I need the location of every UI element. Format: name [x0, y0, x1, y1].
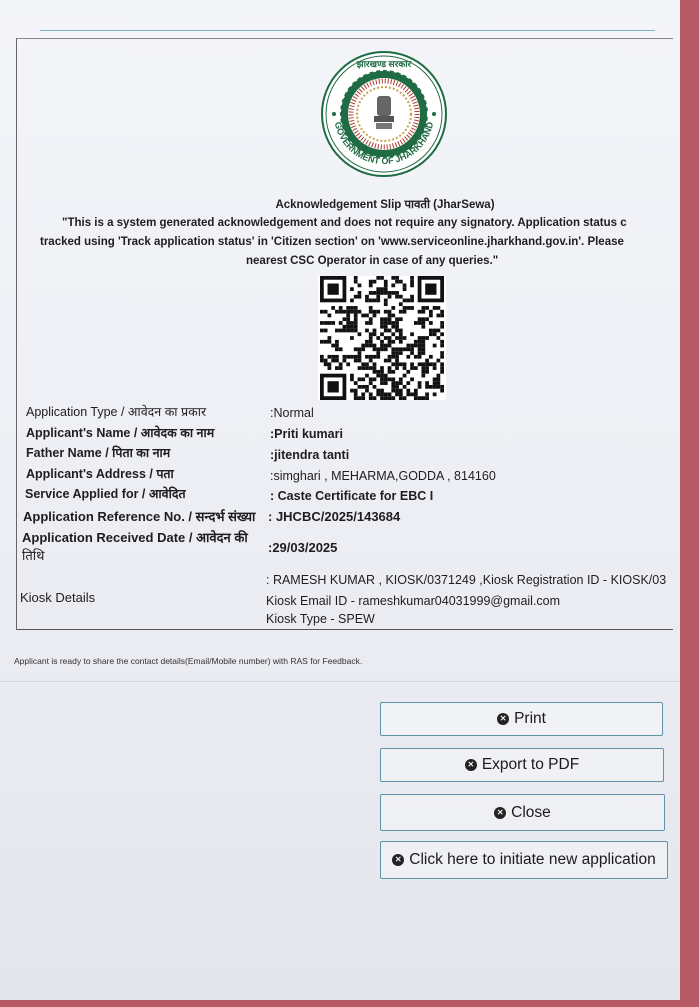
acknowledgement-slip-page: झारखण्ड सरकार GOVERNMENT OF JHARKHAND Ac…	[0, 0, 680, 1000]
reference-number-label: Application Reference No. / सन्दर्भ संख्…	[23, 507, 255, 525]
qr-code-icon	[318, 276, 446, 400]
top-divider	[40, 30, 655, 31]
applicant-name-value: :Priti kumari	[270, 427, 343, 441]
received-date-label: Application Received Date / आवेदन की	[22, 528, 248, 546]
received-date-label-line2: तिथि	[22, 546, 44, 564]
slip-title: Acknowledgement Slip पावती (JharSewa)	[0, 197, 699, 212]
print-button[interactable]: ✕ Print	[380, 702, 663, 736]
father-name-label: Father Name / पिता का नाम	[26, 444, 170, 461]
received-date-value: :29/03/2025	[268, 540, 337, 555]
notice-line: "This is a system generated acknowledgem…	[40, 214, 699, 233]
new-application-button[interactable]: ✕ Click here to initiate new application	[380, 841, 668, 879]
kiosk-details-label: Kiosk Details	[20, 590, 95, 605]
new-application-button-label: Click here to initiate new application	[409, 851, 655, 869]
applicant-address-label: Applicant's Address / पता	[26, 465, 174, 482]
close-circle-icon: ✕	[392, 854, 404, 866]
close-button[interactable]: ✕ Close	[380, 794, 665, 831]
export-to-pdf-button[interactable]: ✕ Export to PDF	[380, 748, 664, 782]
application-type-label: Application Type / आवेदन का प्रकार	[26, 403, 206, 420]
feedback-consent-note: Applicant is ready to share the contact …	[14, 656, 362, 666]
kiosk-email-line: Kiosk Email ID - rameshkumar04031999@gma…	[266, 594, 560, 608]
close-circle-icon: ✕	[465, 759, 477, 771]
applicant-address-value: :simghari , MEHARMA,GODDA , 814160	[270, 469, 496, 483]
close-circle-icon: ✕	[494, 807, 506, 819]
reference-number-value: : JHCBC/2025/143684	[268, 509, 400, 524]
kiosk-type-line: Kiosk Type - SPEW	[266, 612, 375, 626]
close-button-label: Close	[511, 804, 551, 822]
government-of-jharkhand-emblem-icon: झारखण्ड सरकार GOVERNMENT OF JHARKHAND	[320, 50, 448, 178]
application-type-value: :Normal	[270, 406, 314, 420]
system-notice: "This is a system generated acknowledgem…	[40, 214, 699, 271]
service-applied-value: : Caste Certificate for EBC I	[270, 489, 433, 503]
notice-line: tracked using 'Track application status'…	[40, 233, 699, 252]
notice-line: nearest CSC Operator in case of any quer…	[40, 252, 699, 271]
export-to-pdf-button-label: Export to PDF	[482, 756, 579, 774]
father-name-value: :jitendra tanti	[270, 448, 349, 462]
kiosk-operator-line: : RAMESH KUMAR , KIOSK/0371249 ,Kiosk Re…	[266, 573, 666, 587]
svg-text:झारखण्ड सरकार: झारखण्ड सरकार	[356, 59, 412, 69]
note-divider	[0, 681, 680, 682]
applicant-name-label: Applicant's Name / आवेदक का नाम	[26, 424, 214, 441]
close-circle-icon: ✕	[497, 713, 509, 725]
service-applied-label: Service Applied for / आवेदित	[25, 485, 186, 502]
print-button-label: Print	[514, 710, 546, 728]
